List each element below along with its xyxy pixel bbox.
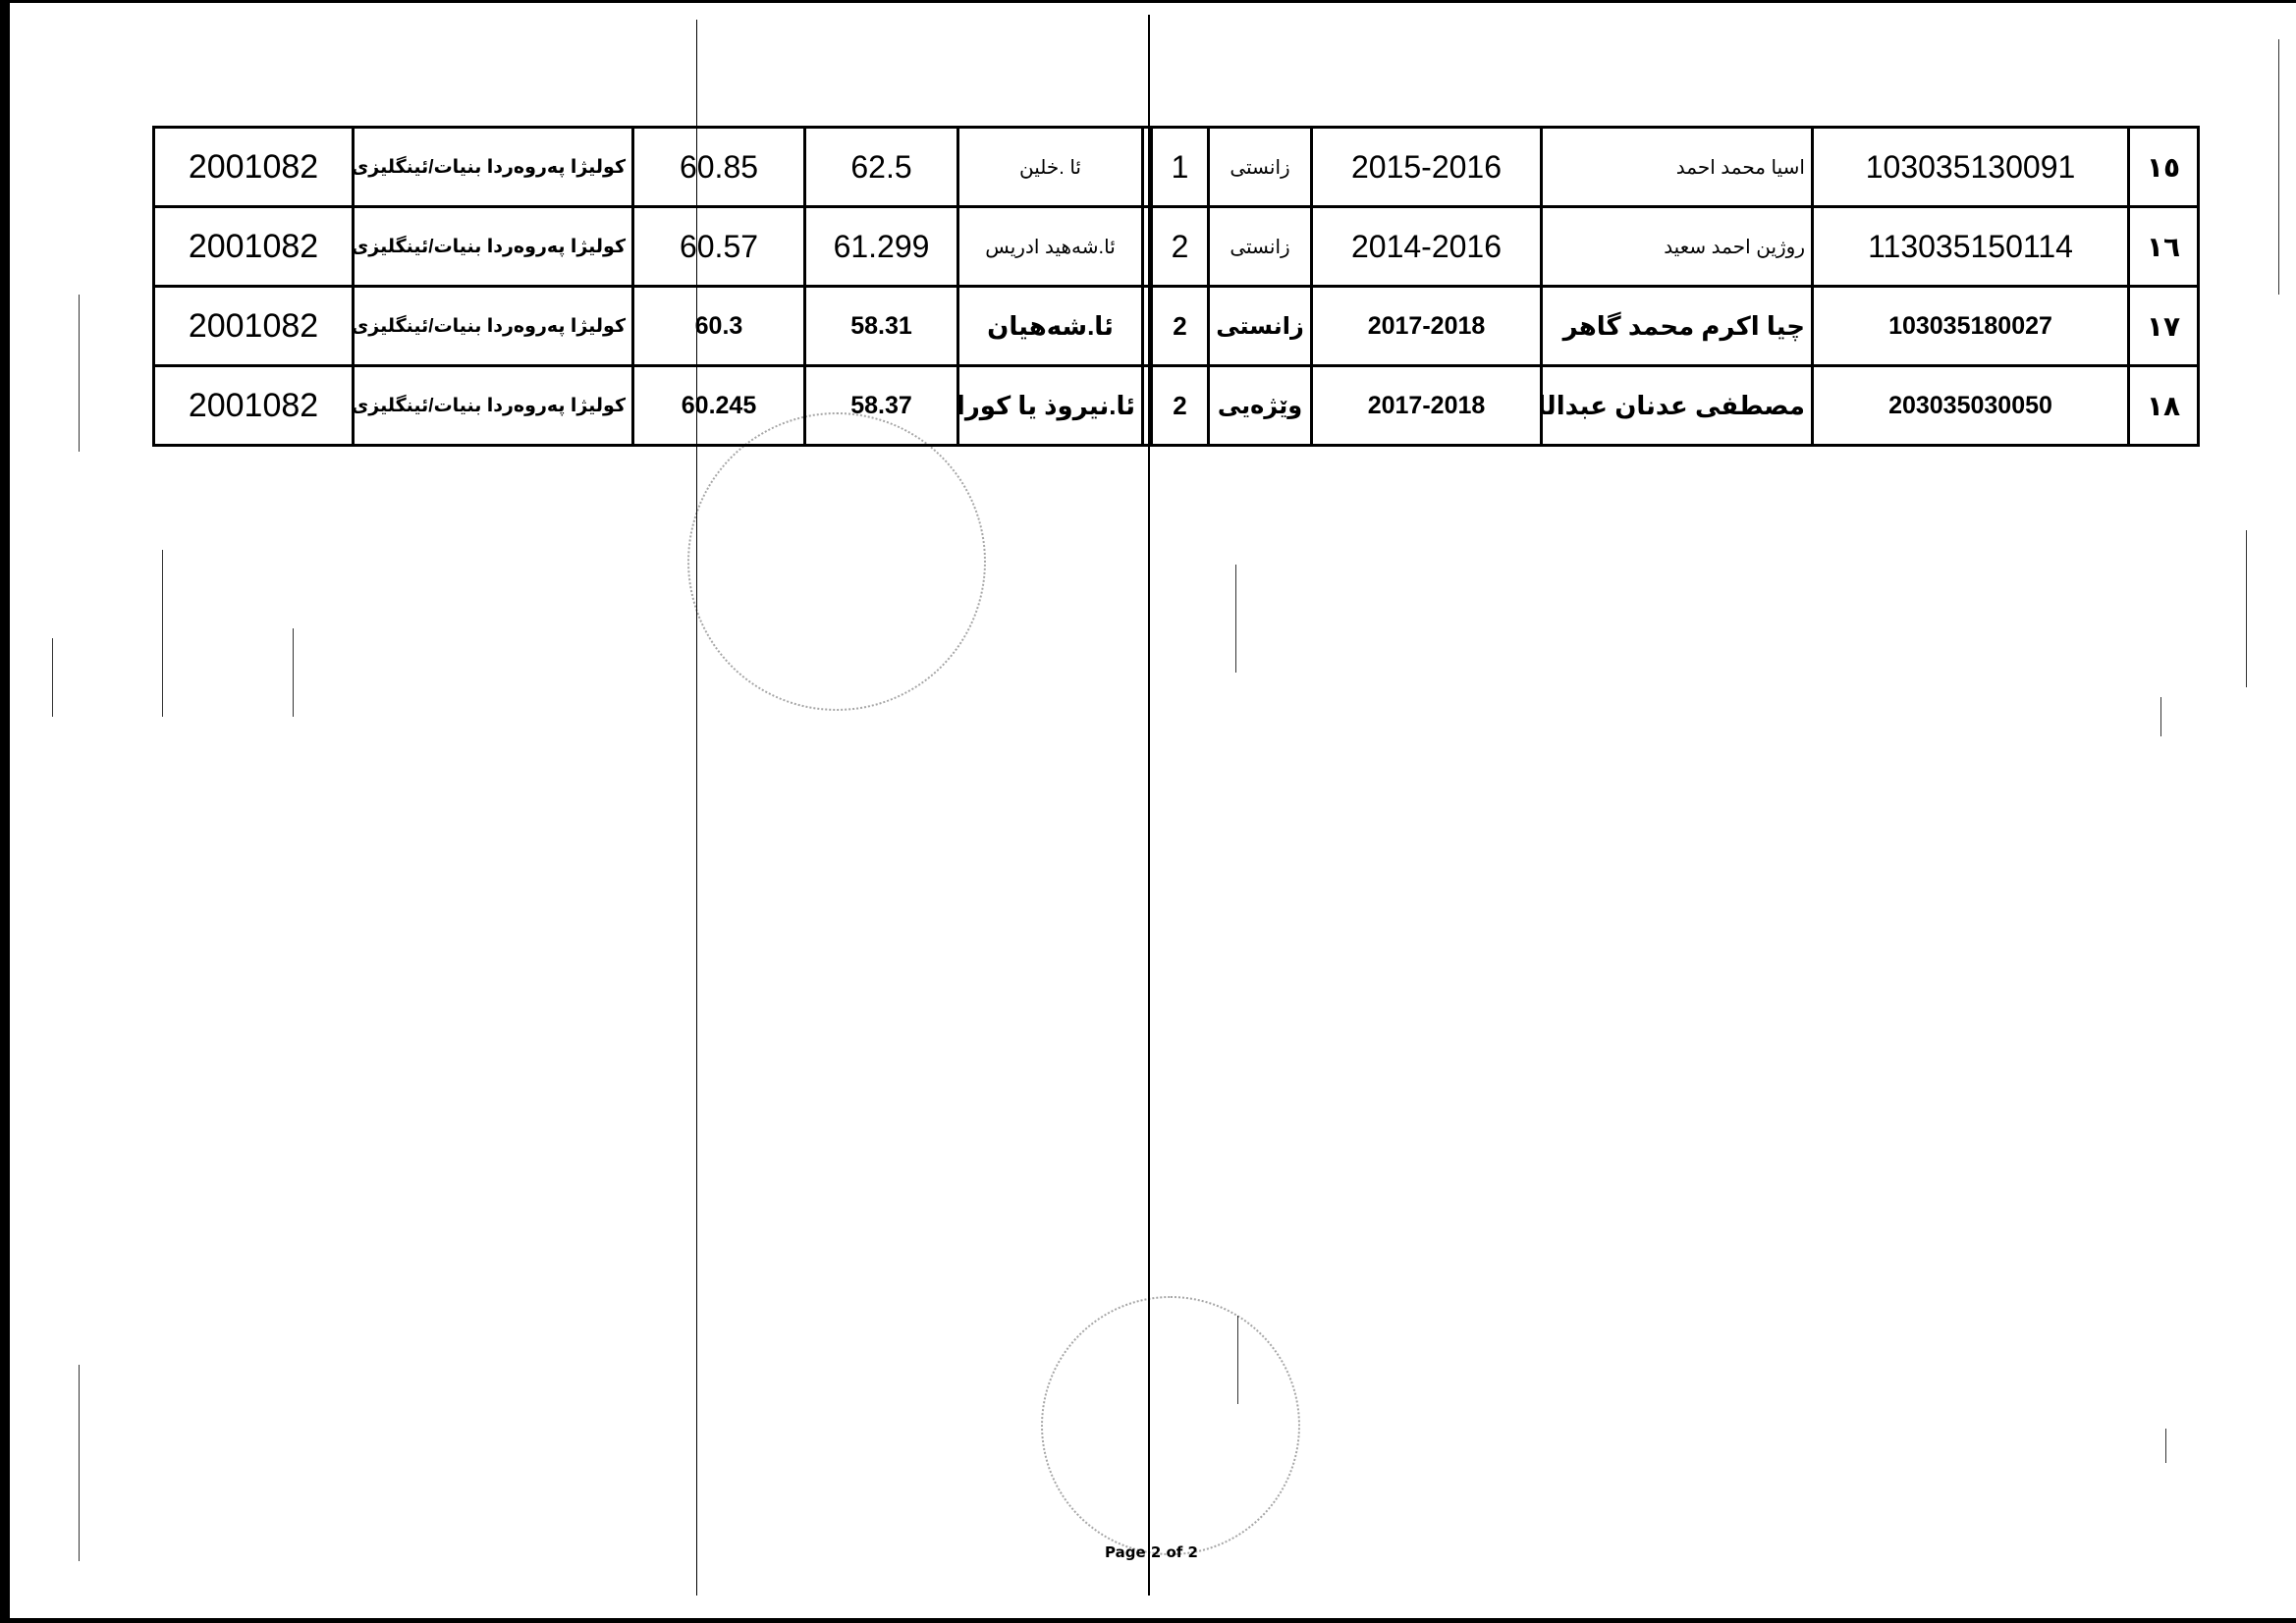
round-cell: 2 bbox=[1152, 207, 1209, 287]
scan-artifact bbox=[52, 638, 53, 717]
scan-artifact bbox=[79, 1365, 80, 1561]
average-cell: 60.85 bbox=[633, 128, 805, 207]
department-cell: كوليژا پەروەردا بنيات/ئينگليزى bbox=[354, 207, 633, 287]
mark-cell: 61.299 bbox=[805, 207, 958, 287]
college-code-cell: 2001082 bbox=[154, 207, 354, 287]
table-row: 2001082 كوليژا پەروەردا بنيات/ئينگليزى 6… bbox=[154, 128, 2199, 207]
student-id-cell: 103035130091 bbox=[1813, 128, 2129, 207]
average-cell: 60.57 bbox=[633, 207, 805, 287]
student-name-cell: چيا اكرم محمد گاهر bbox=[1542, 287, 1813, 366]
row-index-cell: ١٦ bbox=[2129, 207, 2199, 287]
branch-cell: زانستى bbox=[1209, 207, 1312, 287]
scan-border-top bbox=[0, 0, 2296, 3]
student-id-cell: 113035150114 bbox=[1813, 207, 2129, 287]
college-code-cell: 2001082 bbox=[154, 366, 354, 446]
scan-border-left bbox=[0, 0, 10, 1623]
student-id-cell: 203035030050 bbox=[1813, 366, 2129, 446]
academic-year-cell: 2017-2018 bbox=[1312, 287, 1542, 366]
mark-cell: 58.37 bbox=[805, 366, 958, 446]
mark-cell: 62.5 bbox=[805, 128, 958, 207]
branch-cell: زانستى bbox=[1209, 287, 1312, 366]
spacer-cell bbox=[1143, 366, 1152, 446]
scan-artifact bbox=[2278, 39, 2279, 295]
row-index-cell: ١٥ bbox=[2129, 128, 2199, 207]
row-index-cell: ١٧ bbox=[2129, 287, 2199, 366]
academic-year-cell: 2017-2018 bbox=[1312, 366, 1542, 446]
student-id-cell: 103035180027 bbox=[1813, 287, 2129, 366]
student-name-cell: اسيا محمد احمد bbox=[1542, 128, 1813, 207]
round-cell: 1 bbox=[1152, 128, 1209, 207]
department-cell: كوليژا پەروەردا بنيات/ئينگليزى bbox=[354, 287, 633, 366]
department-cell: كوليژا پەروەردا بنيات/ئينگليزى bbox=[354, 128, 633, 207]
faded-stamp bbox=[1041, 1296, 1300, 1555]
student-records-table: 2001082 كوليژا پەروەردا بنيات/ئينگليزى 6… bbox=[152, 126, 2200, 447]
school-cell: ئا.نيروذ يا كوران bbox=[958, 366, 1143, 446]
row-index-cell: ١٨ bbox=[2129, 366, 2199, 446]
table-row: 2001082 كوليژا پەروەردا بنيات/ئينگليزى 6… bbox=[154, 287, 2199, 366]
scan-artifact bbox=[2165, 1429, 2166, 1463]
branch-cell: زانستى bbox=[1209, 128, 1312, 207]
college-code-cell: 2001082 bbox=[154, 128, 354, 207]
scan-border-bottom bbox=[0, 1618, 2296, 1623]
scan-artifact bbox=[162, 550, 163, 717]
round-cell: 2 bbox=[1152, 366, 1209, 446]
table-row: 2001082 كوليژا پەروەردا بنيات/ئينگليزى 6… bbox=[154, 366, 2199, 446]
academic-year-cell: 2015-2016 bbox=[1312, 128, 1542, 207]
school-cell: ئا.شەهيد ادريس bbox=[958, 207, 1143, 287]
student-name-cell: مصطفى عدنان عبدالله bbox=[1542, 366, 1813, 446]
table-row: 2001082 كوليژا پەروەردا بنيات/ئينگليزى 6… bbox=[154, 207, 2199, 287]
spacer-cell bbox=[1143, 128, 1152, 207]
college-code-cell: 2001082 bbox=[154, 287, 354, 366]
average-cell: 60.3 bbox=[633, 287, 805, 366]
branch-cell: وێژەيى bbox=[1209, 366, 1312, 446]
mark-cell: 58.31 bbox=[805, 287, 958, 366]
scan-artifact bbox=[2246, 530, 2247, 687]
scan-artifact bbox=[293, 628, 294, 717]
spacer-cell bbox=[1143, 287, 1152, 366]
department-cell: كوليژا پەروەردا بنيات/ئينگليزى bbox=[354, 366, 633, 446]
faded-stamp bbox=[687, 412, 986, 711]
round-cell: 2 bbox=[1152, 287, 1209, 366]
student-name-cell: روژين احمد سعيد bbox=[1542, 207, 1813, 287]
spacer-cell bbox=[1143, 207, 1152, 287]
school-cell: ئا .خلين bbox=[958, 128, 1143, 207]
page-number: Page 2 of 2 bbox=[1105, 1543, 1198, 1561]
scan-artifact bbox=[1235, 565, 1236, 673]
average-cell: 60.245 bbox=[633, 366, 805, 446]
scan-artifact bbox=[2160, 697, 2161, 736]
school-cell: ئا.شەهيان bbox=[958, 287, 1143, 366]
academic-year-cell: 2014-2016 bbox=[1312, 207, 1542, 287]
scan-artifact bbox=[79, 295, 80, 452]
